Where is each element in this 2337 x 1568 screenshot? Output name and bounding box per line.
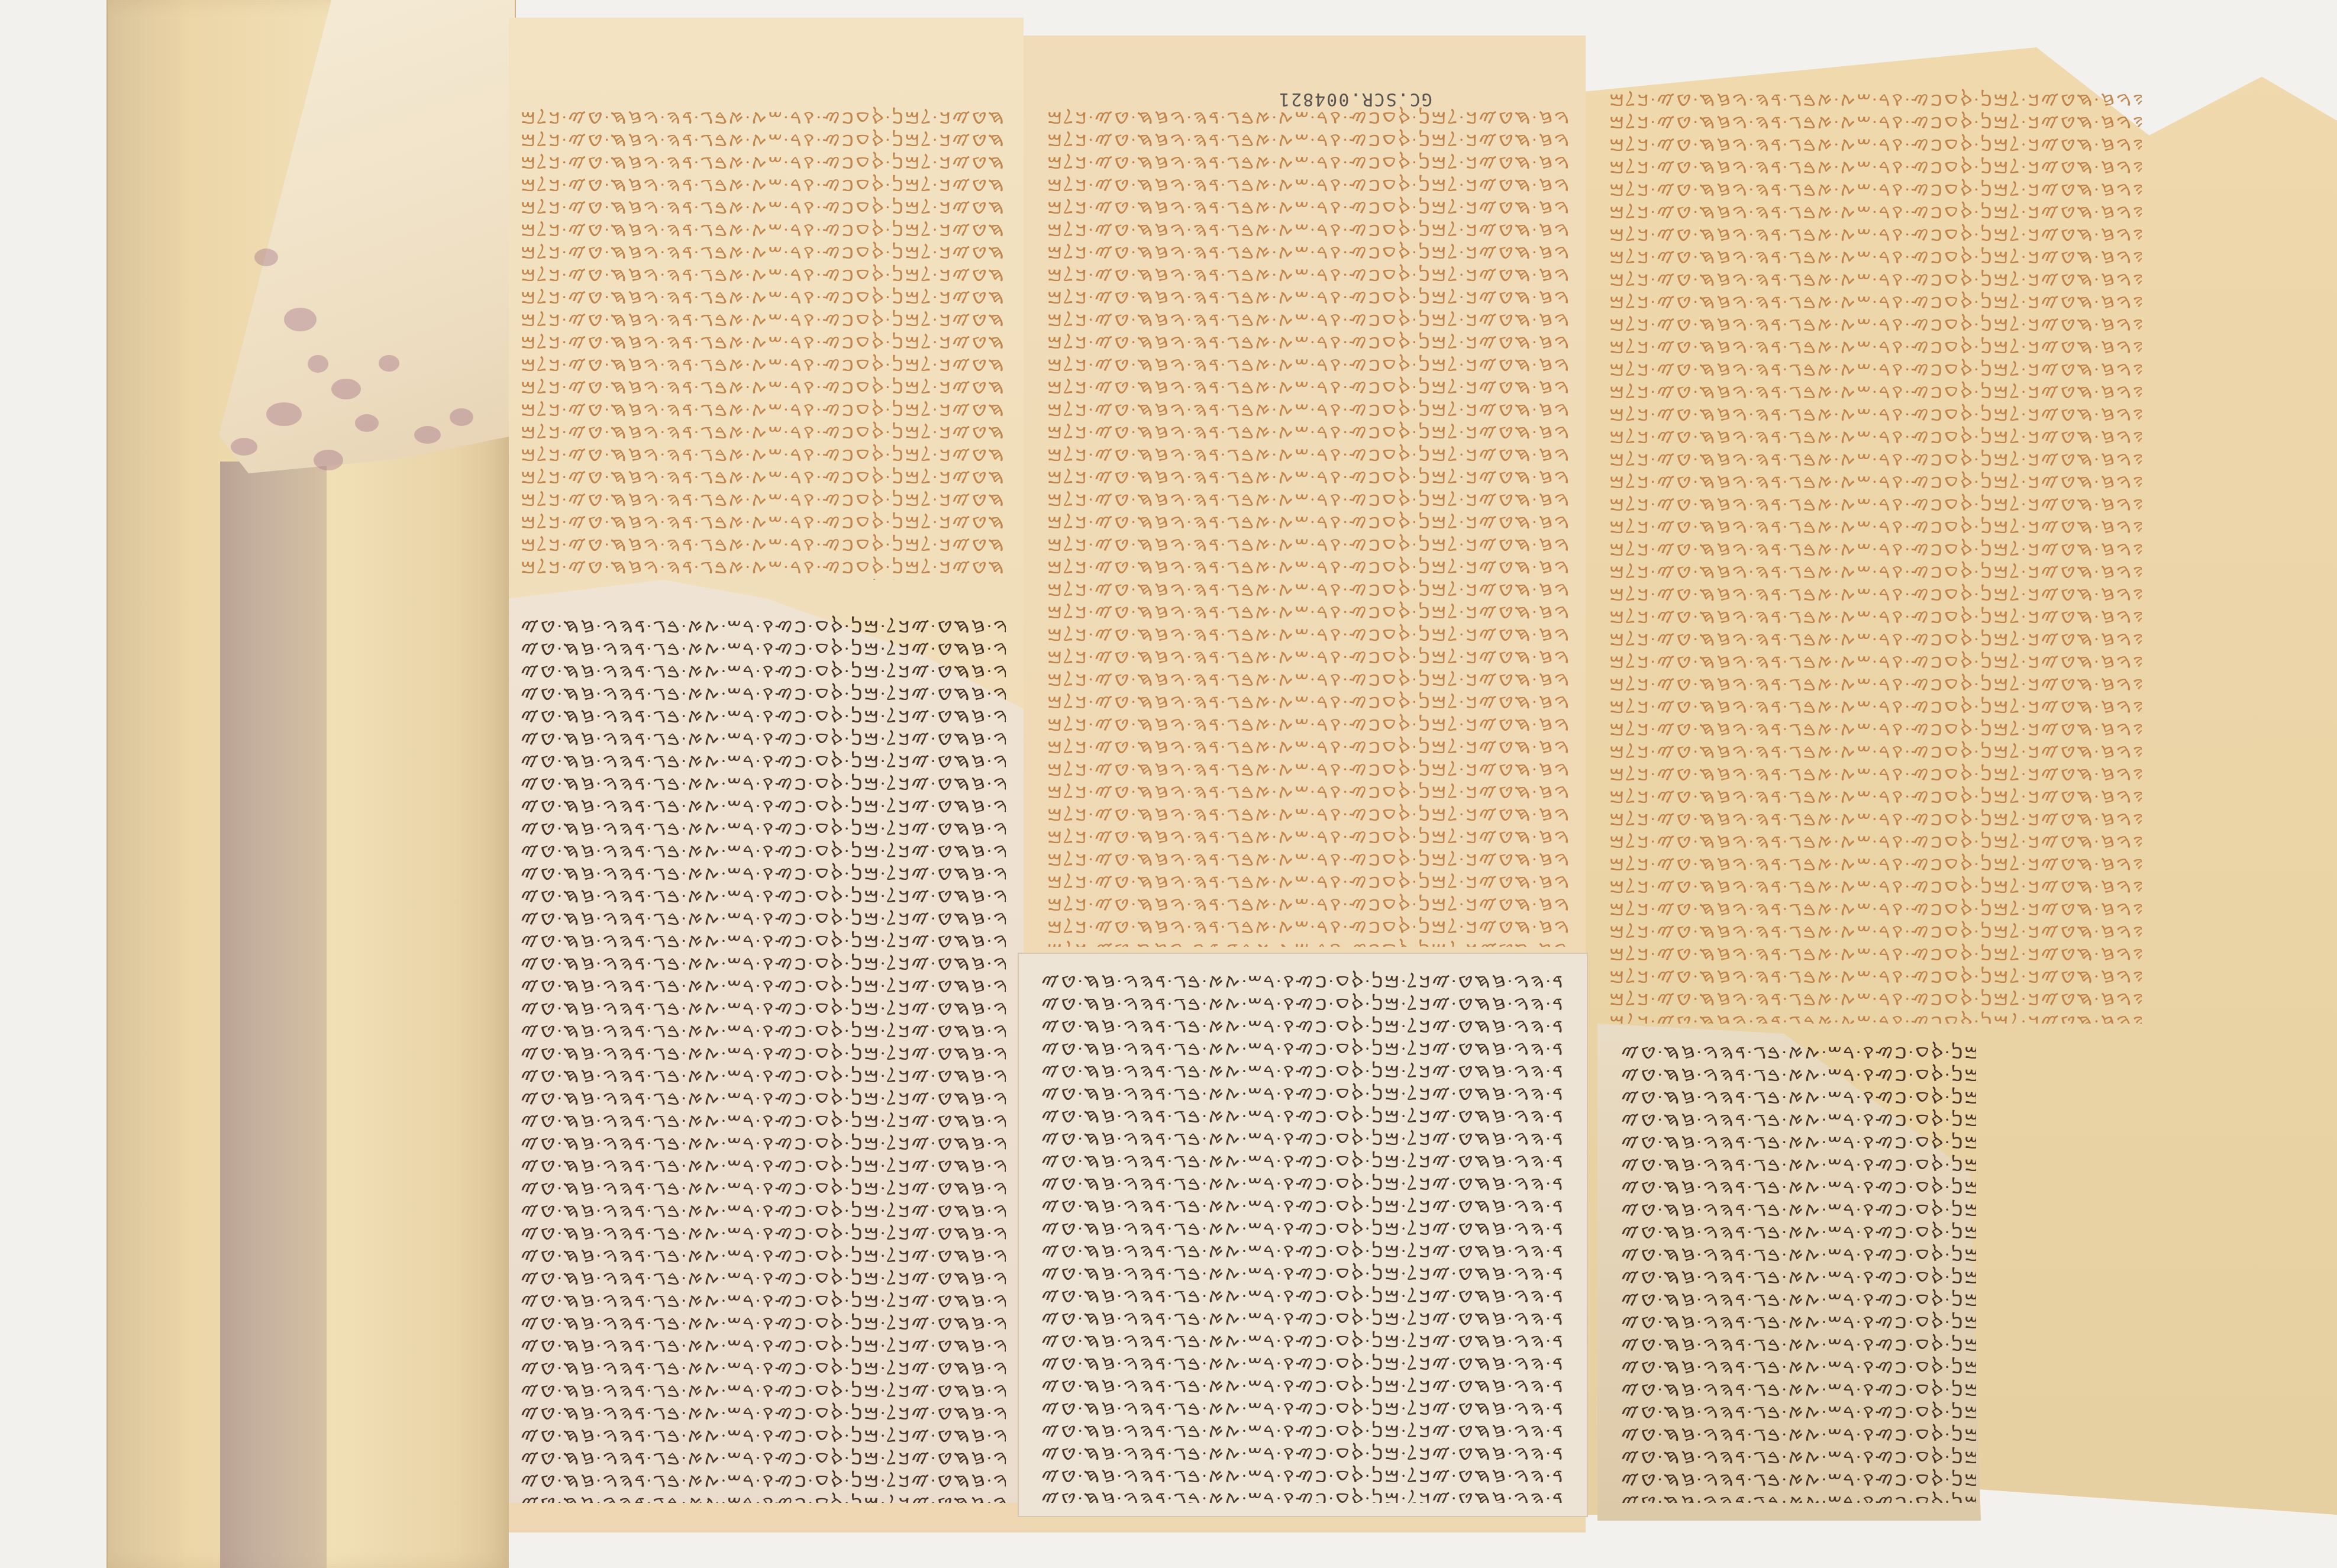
catalog-annotation: GC.SCR.004821: [1278, 89, 1432, 109]
mold-spot: [308, 355, 328, 373]
mold-spot: [414, 426, 441, 444]
column-2-dark-text: ࠀ·ࠁࠂࠃ·ࠄࠅ·ࠆࠇࠈ·ࠉࠊࠋ·ࠌࠍ·ࠎࠏ·ࠐࠑࠒ·ࠓࠔ·ࠕࠀ·ࠁࠂ·ࠃࠄࠅ·…: [1041, 970, 1562, 1503]
column-1-dark-text: ࠀ·ࠁࠂࠃ·ࠄࠅ·ࠆࠇࠈ·ࠉࠊࠋ·ࠌࠍ·ࠎࠏ·ࠐࠑࠒ·ࠓࠔ·ࠕࠀ·ࠁࠂ·ࠃࠄࠅ·…: [521, 615, 1006, 1503]
purple-stain-band: [220, 462, 327, 1568]
column-1-brown-text: ࠀࠁࠂࠃ·ࠄࠅࠆ·ࠇࠈࠉࠊ·ࠋࠌࠍ·ࠎࠏࠐࠑ·ࠒࠓ·ࠔࠕ·ࠀࠁࠂ·ࠃࠄ·ࠅࠆࠇ·…: [521, 107, 1006, 580]
column-3-brown-text: ࠀࠁࠂࠃ·ࠄࠅࠆ·ࠇࠈࠉࠊ·ࠋࠌࠍ·ࠎࠏࠐࠑ·ࠒࠓ·ࠔࠕ·ࠀࠁࠂ·ࠃࠄ·ࠅࠆࠇ·…: [1609, 89, 2142, 1024]
torn-bottom-edge: [509, 1532, 2165, 1568]
mold-spot: [355, 414, 379, 432]
mold-spot: [284, 308, 317, 331]
column-3-dark-text: ࠀ·ࠁࠂࠃ·ࠄࠅ·ࠆࠇࠈ·ࠉࠊࠋ·ࠌࠍ·ࠎࠏ·ࠐࠑࠒ·ࠓࠔ·ࠕࠀ·ࠁࠂ·ࠃࠄࠅ·…: [1621, 1041, 1976, 1503]
mold-spot: [379, 355, 399, 372]
mold-spot: [450, 408, 473, 426]
mold-spot: [254, 249, 278, 266]
scroll-photo: ࠀࠁࠂࠃ·ࠄࠅࠆ·ࠇࠈࠉࠊ·ࠋࠌࠍ·ࠎࠏࠐࠑ·ࠒࠓ·ࠔࠕ·ࠀࠁࠂ·ࠃࠄ·ࠅࠆࠇ·…: [0, 0, 2337, 1568]
mold-spot: [331, 379, 361, 399]
mold-spot: [231, 438, 257, 456]
mold-spot: [314, 450, 343, 470]
mold-spot: [266, 402, 302, 426]
column-2-brown-text: ࠀࠁࠂࠃ·ࠄࠅࠆ·ࠇࠈࠉࠊ·ࠋࠌࠍ·ࠎࠏࠐࠑ·ࠒࠓ·ࠔࠕ·ࠀࠁࠂ·ࠃࠄ·ࠅࠆࠇ·…: [1047, 107, 1568, 947]
